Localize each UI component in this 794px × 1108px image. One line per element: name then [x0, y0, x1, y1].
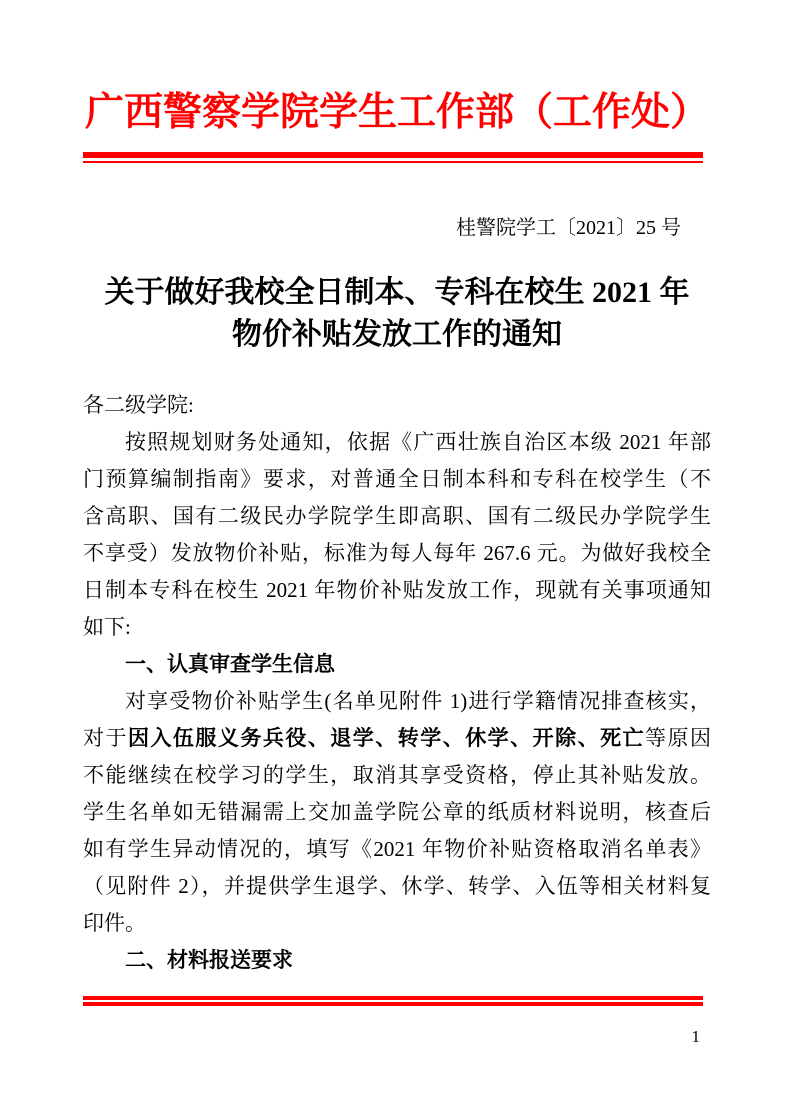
body-text: （见附件 2），并提供学生退学、休学、转学、入伍等相关材料复 — [83, 874, 711, 898]
body-line: （见附件 2），并提供学生退学、休学、转学、入伍等相关材料复 — [83, 868, 711, 905]
body-text: 学生名单如无错漏需上交加盖学院公章的纸质材料说明，核查后 — [83, 800, 711, 824]
body-line: 如下: — [83, 609, 711, 646]
footer-separator — [83, 996, 703, 1006]
body-text: 各二级学院: — [83, 393, 194, 417]
body-text: 如下: — [83, 615, 131, 639]
body-line: 对于因入伍服义务兵役、退学、转学、休学、开除、死亡等原因 — [83, 720, 711, 757]
body-line: 如有学生异动情况的，填写《2021 年物价补贴资格取消名单表》 — [83, 831, 711, 868]
body-line: 对享受物价补贴学生(名单见附件 1)进行学籍情况排查核实， — [83, 683, 711, 720]
page-number: 1 — [83, 1028, 711, 1045]
body-text: 含高职、国有二级民办学院学生即高职、国有二级民办学院学生 — [83, 504, 711, 528]
footer-separator-bottom-rule — [83, 1002, 703, 1006]
header-separator — [83, 152, 703, 163]
body-text: 二、材料报送要求 — [125, 949, 293, 972]
body-text: 按照规划财务处通知，依据《广西壮族自治区本级 2021 年部 — [125, 430, 711, 454]
body-text: 门预算编制指南》要求，对普通全日制本科和专科在校学生（不 — [83, 467, 711, 491]
body-text: 如有学生异动情况的，填写《2021 年物价补贴资格取消名单表》 — [83, 837, 711, 861]
header-separator-thin-rule — [83, 161, 703, 163]
body-text: 对于 — [83, 726, 128, 750]
document-title: 关于做好我校全日制本、专科在校生 2021 年 物价补贴发放工作的通知 — [83, 272, 711, 356]
body-text: 等原因 — [645, 726, 711, 750]
letterhead-org-title: 广西警察学院学生工作部（工作处） — [83, 84, 711, 142]
bold-emphasis-text: 因入伍服义务兵役、退学、转学、休学、开除、死亡 — [128, 727, 645, 750]
body-text: 印件。 — [83, 911, 146, 935]
body-text: 日制本专科在校生 2021 年物价补贴发放工作，现就有关事项通知 — [83, 578, 711, 602]
section-heading: 一、认真审查学生信息 — [83, 646, 711, 683]
body-text: 不享受）发放物价补贴，标准为每人每年 267.6 元。为做好我校全 — [83, 541, 711, 565]
body-line: 各二级学院: — [83, 387, 711, 424]
body-line: 含高职、国有二级民办学院学生即高职、国有二级民办学院学生 — [83, 498, 711, 535]
document-title-line2: 物价补贴发放工作的通知 — [83, 314, 711, 356]
document-page: 广西警察学院学生工作部（工作处） 桂警院学工〔2021〕25 号 关于做好我校全… — [0, 0, 794, 1108]
body-line: 不能继续在校学习的学生，取消其享受资格，停止其补贴发放。 — [83, 757, 711, 794]
section-heading: 二、材料报送要求 — [83, 942, 711, 979]
doc-number: 桂警院学工〔2021〕25 号 — [83, 216, 711, 240]
body-text: 一、认真审查学生信息 — [125, 653, 335, 676]
body-line: 日制本专科在校生 2021 年物价补贴发放工作，现就有关事项通知 — [83, 572, 711, 609]
document-title-line1: 关于做好我校全日制本、专科在校生 2021 年 — [83, 272, 711, 314]
body-line: 门预算编制指南》要求，对普通全日制本科和专科在校学生（不 — [83, 461, 711, 498]
body-line: 印件。 — [83, 905, 711, 942]
document-body: 各二级学院:按照规划财务处通知，依据《广西壮族自治区本级 2021 年部门预算编… — [83, 387, 711, 979]
body-text: 不能继续在校学习的学生，取消其享受资格，停止其补贴发放。 — [83, 763, 711, 787]
body-text: 对享受物价补贴学生(名单见附件 1)进行学籍情况排查核实， — [125, 689, 711, 713]
body-line: 不享受）发放物价补贴，标准为每人每年 267.6 元。为做好我校全 — [83, 535, 711, 572]
body-line: 学生名单如无错漏需上交加盖学院公章的纸质材料说明，核查后 — [83, 794, 711, 831]
body-line: 按照规划财务处通知，依据《广西壮族自治区本级 2021 年部 — [83, 424, 711, 461]
